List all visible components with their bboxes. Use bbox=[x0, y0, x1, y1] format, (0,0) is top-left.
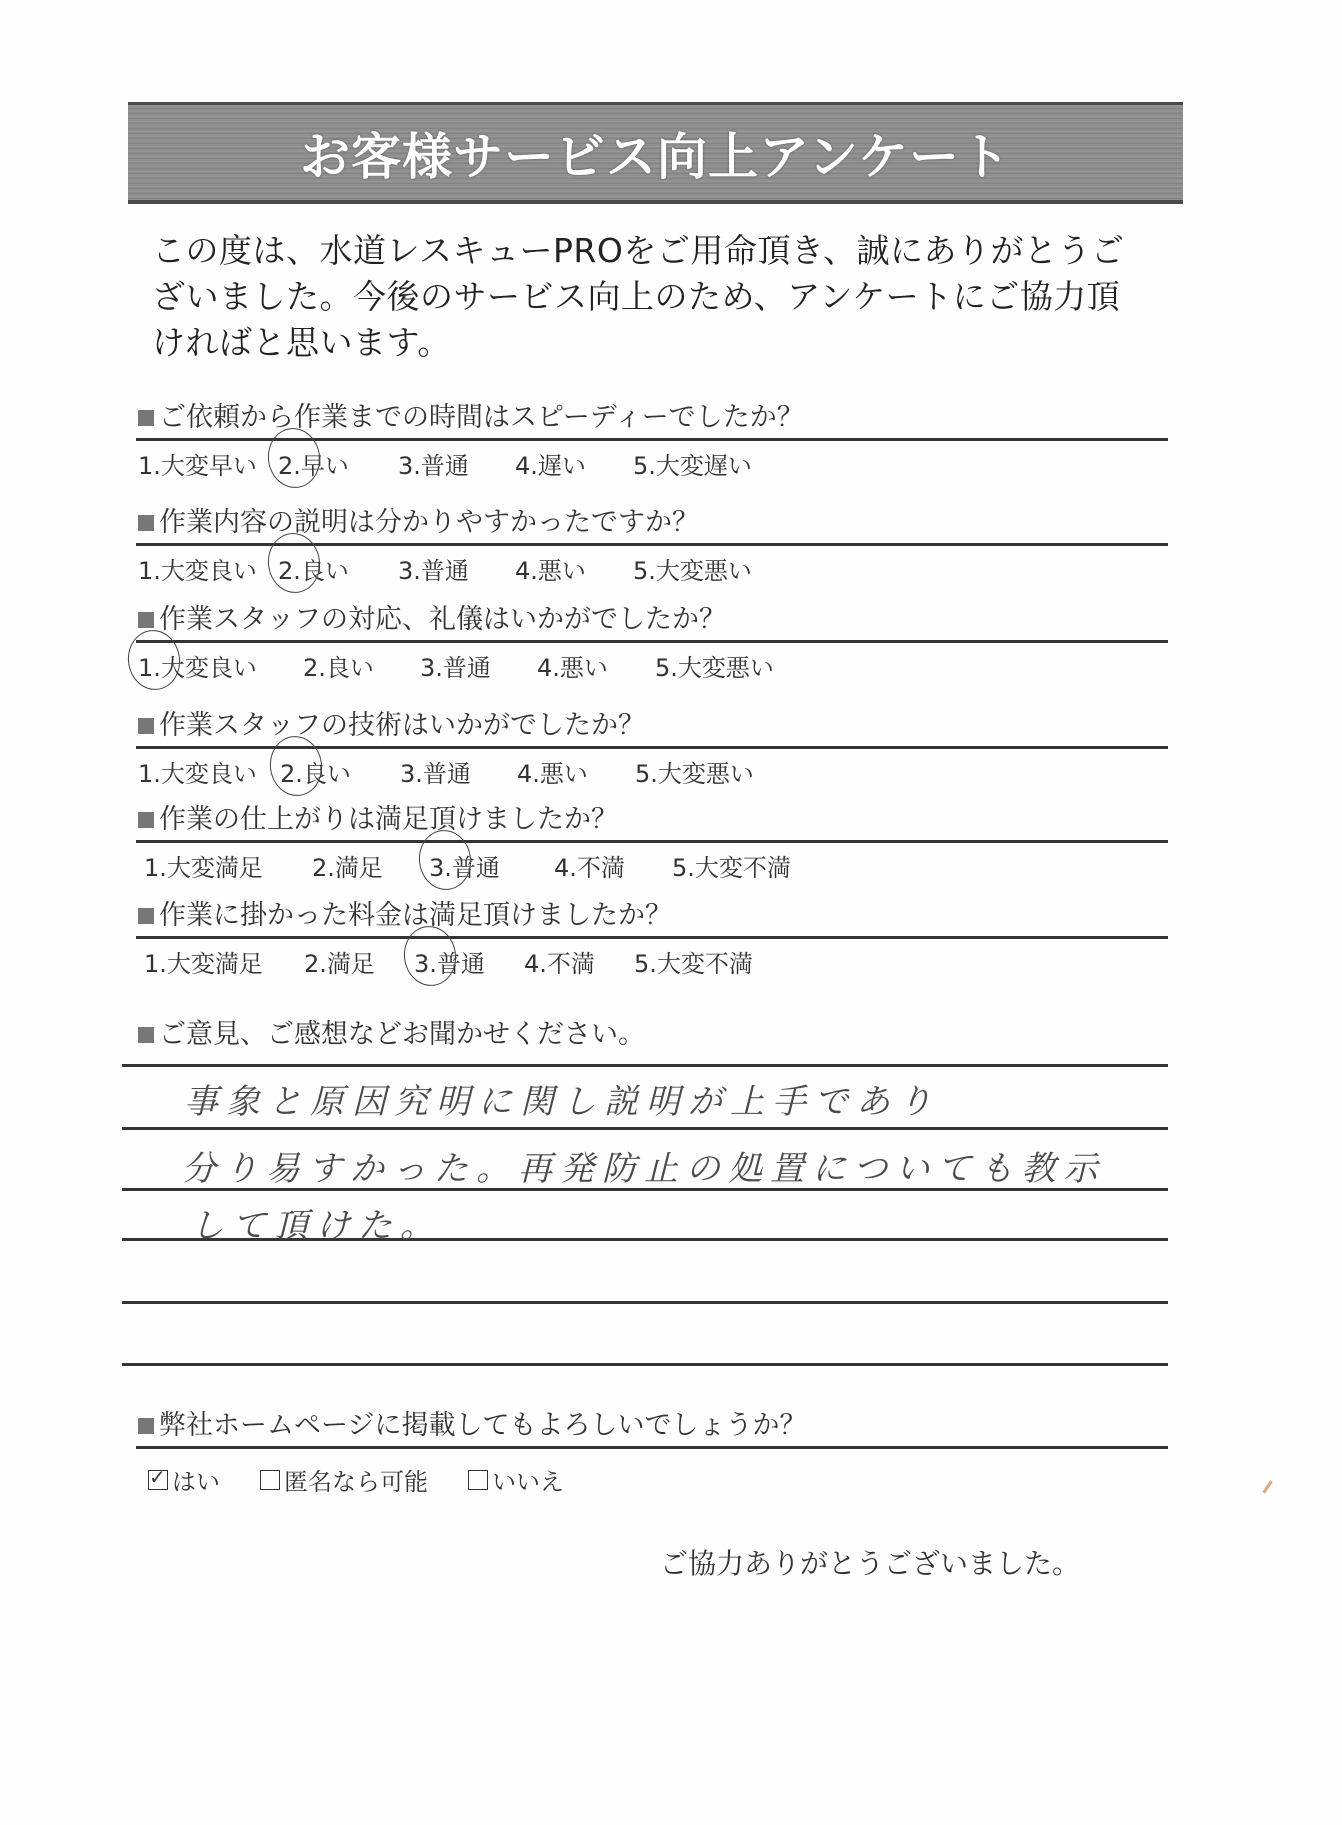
square-bullet-icon bbox=[138, 812, 154, 828]
question-title: 作業スタッフの技術はいかがでしたか？ bbox=[159, 706, 645, 746]
option-3-selected[interactable]: 3.普通 bbox=[429, 848, 554, 883]
option-4[interactable]: 4.不満 bbox=[554, 848, 672, 883]
option-1[interactable]: 1.大変満足 bbox=[144, 848, 312, 883]
square-bullet-icon bbox=[138, 718, 154, 734]
comment-line bbox=[122, 1301, 1168, 1304]
question-finish: 作業の仕上がりは満足頂けましたか？ 1.大変満足 2.満足 3.普通 4.不満 … bbox=[136, 800, 1168, 887]
publish-question: 弊社ホームページに掲載してもよろしいでしょうか？ bbox=[136, 1406, 1168, 1449]
checkbox-icon[interactable] bbox=[468, 1470, 488, 1490]
option-1[interactable]: 1.大変早い bbox=[138, 446, 278, 481]
question-title: 作業スタッフの対応、礼儀はいかがでしたか？ bbox=[159, 600, 726, 640]
question-manners: 作業スタッフの対応、礼儀はいかがでしたか？ 1.大変良い 2.良い 3.普通 4… bbox=[136, 600, 1168, 687]
option-4[interactable]: 4.不満 bbox=[524, 944, 634, 979]
intro-line: この度は、水道レスキューPROをご用命頂き、誠にありがとうご bbox=[152, 228, 1162, 274]
square-bullet-icon bbox=[138, 908, 154, 924]
publish-option-yes[interactable]: はい bbox=[148, 1462, 220, 1497]
divider bbox=[136, 1446, 1168, 1449]
pen-mark-decoration bbox=[1262, 1480, 1272, 1493]
option-4[interactable]: 4.遅い bbox=[515, 446, 633, 481]
comments-section: ご意見、ご感想などお聞かせください。 bbox=[136, 1015, 1168, 1055]
publish-option-anonymous[interactable]: 匿名なら可能 bbox=[260, 1462, 428, 1497]
option-1[interactable]: 1.大変満足 bbox=[144, 944, 304, 979]
option-3[interactable]: 3.普通 bbox=[398, 446, 515, 481]
square-bullet-icon bbox=[138, 1418, 154, 1434]
square-bullet-icon bbox=[138, 410, 154, 426]
question-price: 作業に掛かった料金は満足頂けましたか？ 1.大変満足 2.満足 3.普通 4.不… bbox=[136, 896, 1168, 983]
square-bullet-icon bbox=[138, 515, 154, 531]
publish-title: 弊社ホームページに掲載してもよろしいでしょうか？ bbox=[159, 1406, 806, 1446]
option-4[interactable]: 4.悪い bbox=[515, 551, 633, 586]
intro-line: ければと思います。 bbox=[152, 320, 1162, 366]
survey-title-banner: お客様サービス向上アンケート bbox=[128, 102, 1183, 204]
option-2-selected[interactable]: 2.早い bbox=[278, 446, 398, 481]
question-skill: 作業スタッフの技術はいかがでしたか？ 1.大変良い 2.良い 3.普通 4.悪い… bbox=[136, 706, 1168, 793]
comment-line bbox=[122, 1363, 1168, 1366]
option-5[interactable]: 5.大変悪い bbox=[633, 551, 752, 586]
option-5[interactable]: 5.大変不満 bbox=[634, 944, 753, 979]
option-2[interactable]: 2.満足 bbox=[304, 944, 414, 979]
option-5[interactable]: 5.大変遅い bbox=[633, 446, 752, 481]
option-5[interactable]: 5.大変悪い bbox=[635, 754, 754, 789]
option-1-selected[interactable]: 1.大変良い bbox=[138, 648, 303, 683]
question-speed: ご依頼から作業までの時間はスピーディーでしたか？ 1.大変早い 2.早い 3.普… bbox=[136, 398, 1168, 485]
option-3[interactable]: 3.普通 bbox=[400, 754, 517, 789]
question-title: 作業内容の説明は分かりやすかったですか？ bbox=[159, 503, 699, 543]
option-5[interactable]: 5.大変悪い bbox=[655, 648, 774, 683]
option-2-selected[interactable]: 2.良い bbox=[278, 551, 398, 586]
option-5[interactable]: 5.大変不満 bbox=[672, 848, 791, 883]
square-bullet-icon bbox=[138, 1027, 154, 1043]
comments-title: ご意見、ご感想などお聞かせください。 bbox=[159, 1015, 645, 1055]
option-label: 匿名なら可能 bbox=[284, 1462, 428, 1497]
option-label: いいえ bbox=[492, 1462, 564, 1497]
square-bullet-icon bbox=[138, 612, 154, 628]
comment-line bbox=[122, 1127, 1168, 1130]
intro-line: ざいました。今後のサービス向上のため、アンケートにご協力頂 bbox=[152, 274, 1162, 320]
option-1[interactable]: 1.大変良い bbox=[138, 754, 280, 789]
option-4[interactable]: 4.悪い bbox=[537, 648, 655, 683]
option-2[interactable]: 2.満足 bbox=[312, 848, 429, 883]
option-2[interactable]: 2.良い bbox=[303, 648, 420, 683]
comment-line bbox=[122, 1064, 1168, 1067]
closing-message: ご協力ありがとうございました。 bbox=[660, 1542, 1080, 1582]
handwritten-comment-line-3[interactable]: して頂けた。 bbox=[190, 1198, 442, 1247]
option-4[interactable]: 4.悪い bbox=[517, 754, 635, 789]
survey-title: お客様サービス向上アンケート bbox=[300, 117, 1011, 189]
question-title: 作業の仕上がりは満足頂けましたか？ bbox=[159, 800, 618, 840]
option-1[interactable]: 1.大変良い bbox=[138, 551, 278, 586]
handwritten-comment-line-1[interactable]: 事象と原因究明に関し説明が上手であり bbox=[184, 1074, 940, 1123]
checkbox-checked-icon[interactable] bbox=[148, 1470, 168, 1490]
question-explanation: 作業内容の説明は分かりやすかったですか？ 1.大変良い 2.良い 3.普通 4.… bbox=[136, 503, 1168, 590]
option-3[interactable]: 3.普通 bbox=[398, 551, 515, 586]
publish-options: はい 匿名なら可能 いいえ bbox=[148, 1462, 604, 1497]
option-label: はい bbox=[172, 1462, 220, 1497]
option-3[interactable]: 3.普通 bbox=[420, 648, 537, 683]
option-3-selected[interactable]: 3.普通 bbox=[414, 944, 524, 979]
checkbox-icon[interactable] bbox=[260, 1470, 280, 1490]
publish-option-no[interactable]: いいえ bbox=[468, 1462, 564, 1497]
intro-text: この度は、水道レスキューPROをご用命頂き、誠にありがとうご ざいました。今後の… bbox=[152, 228, 1162, 366]
handwritten-comment-line-2[interactable]: 分り易すかった。再発防止の処置についても教示 bbox=[182, 1141, 1105, 1190]
option-2-selected[interactable]: 2.良い bbox=[280, 754, 400, 789]
question-title: ご依頼から作業までの時間はスピーディーでしたか？ bbox=[159, 398, 804, 438]
